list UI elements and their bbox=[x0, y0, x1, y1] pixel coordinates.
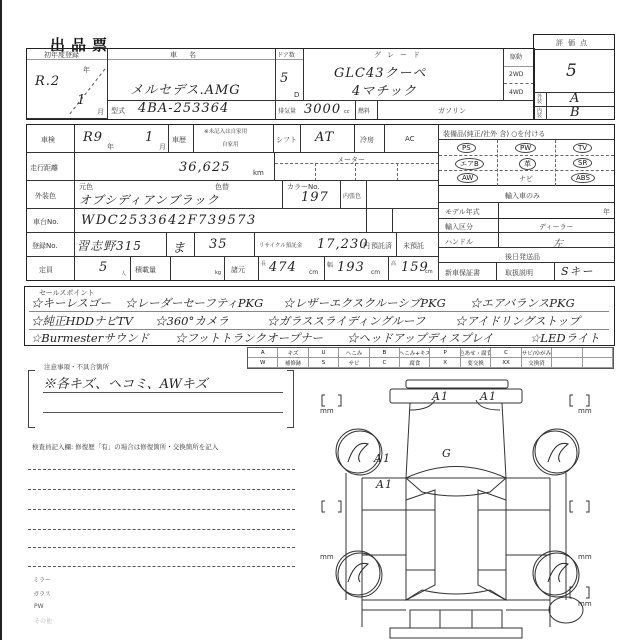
displacement-value: 3000 bbox=[304, 102, 341, 117]
equipment-aw: AW bbox=[457, 173, 478, 183]
recycle-value: 17,230 bbox=[317, 237, 369, 252]
legend-cell: 補修跡 bbox=[278, 358, 308, 368]
legend-cell: C bbox=[491, 348, 521, 358]
damage-legend: AキズUへこみBへこみ+キズP色あせ・腐食Cサビ/ゆがみW補修跡SサビC腐食X要… bbox=[247, 347, 614, 369]
car-name-value: メルセデス.AMG bbox=[130, 79, 241, 98]
chassis-cell: WDC2533642F739573 bbox=[75, 209, 367, 233]
shift-value: AT bbox=[315, 130, 334, 145]
equipment-airbag: エアB bbox=[455, 158, 484, 170]
interior-grade: B bbox=[570, 105, 581, 120]
car-name-cell: 車名 メルセデス.AMG bbox=[108, 49, 276, 101]
grade-cell: グレード GLC43クーペ 4マチック bbox=[304, 49, 504, 101]
registration-kana: ま bbox=[172, 237, 186, 256]
ac-value: AC bbox=[405, 135, 415, 143]
sales-points-block: セールスポイント ☆キーレスゴー ☆レーダーセーフティPKG ☆レザーエクスクル… bbox=[24, 286, 615, 346]
notes-box: ※各キズ、ヘコミ、AWキズ bbox=[28, 370, 294, 428]
legend-cell: B bbox=[370, 348, 400, 358]
damage-left-rear-door: A1 bbox=[376, 478, 393, 491]
handle-value: 左 bbox=[553, 235, 563, 248]
score-block: 評価点 5 外装 A 内装 B bbox=[533, 34, 615, 120]
damage-front-left: A1 bbox=[432, 390, 449, 403]
color-no-cell: カラーNo. 197 bbox=[283, 181, 341, 209]
legend-cell: A bbox=[248, 348, 278, 358]
first-registration-cell: 初年度登録 R.2 年 1 月 bbox=[27, 49, 108, 119]
header-block: 初年度登録 R.2 年 1 月 車名 メルセデス.AMG ドア数 5 D グレー… bbox=[26, 48, 535, 120]
exterior-grade: A bbox=[570, 91, 580, 106]
model-code-cell: 型式 4BA-253364 bbox=[108, 101, 276, 119]
keys-value: Sキー bbox=[561, 263, 594, 279]
inspector-notes-label: 検査員記入欄: 修復歴「有」の場合は修復箇所・交換箇所を記入 bbox=[32, 442, 218, 451]
legend-cell: サビ bbox=[339, 358, 369, 368]
legend-cell bbox=[552, 358, 582, 368]
grade-label: グレード bbox=[374, 50, 426, 60]
legend-cell: 交換済 bbox=[522, 358, 552, 368]
color-no-value: 197 bbox=[301, 190, 329, 205]
score-label: 評価点 bbox=[556, 38, 592, 48]
page-edge bbox=[0, 0, 2, 640]
equipment-ps: PS bbox=[457, 143, 476, 153]
inspection-cell: R9 年 1 月 bbox=[75, 125, 169, 153]
equipment-navi: ナビ bbox=[519, 174, 533, 184]
equipment-sr: SR bbox=[573, 158, 592, 168]
exterior-color-cell: 元色 色替 オブシディアンブラック bbox=[75, 181, 283, 209]
exterior-color-value: オブシディアンブラック bbox=[79, 191, 219, 208]
legend-cell bbox=[552, 348, 582, 358]
legend-cell: S bbox=[309, 358, 339, 368]
capacity-value: 5 bbox=[99, 260, 108, 275]
mileage-cell: 36,625 km bbox=[75, 153, 275, 181]
length-value: 474 bbox=[269, 260, 297, 275]
legend-cell: 腐食 bbox=[400, 358, 430, 368]
legend-cell: へこみ bbox=[339, 348, 369, 358]
registration-area-cell: 習志野315 bbox=[75, 233, 167, 257]
damage-left-front-door: A1 bbox=[374, 452, 391, 465]
details-block: 車検 R9 年 1 月 車歴 ※未記入は自家用 自家用 シフト AT 冷房 AC… bbox=[26, 124, 615, 281]
recycle-cell: リサイクル預託金 17,230 円 預託済 bbox=[255, 233, 397, 257]
equipment-tv: TV bbox=[573, 143, 592, 153]
legend-cell: X bbox=[430, 358, 460, 368]
legend-cell: XX bbox=[491, 358, 521, 368]
legend-cell: C bbox=[370, 358, 400, 368]
registration-number: 35 bbox=[209, 237, 228, 252]
import-type-value: ディーラー bbox=[539, 222, 573, 232]
legend-cell: キズ bbox=[278, 348, 308, 358]
equipment-header: 装備品(純正/社外 含) ○を付ける bbox=[439, 125, 614, 140]
legend-cell: P bbox=[430, 348, 460, 358]
equipment-abs: ABS bbox=[571, 173, 595, 183]
legend-cell bbox=[583, 358, 613, 368]
notes-value: ※各キズ、ヘコミ、AWキズ bbox=[43, 373, 208, 392]
registration-area: 習志野315 bbox=[77, 237, 142, 254]
damage-front-right: A1 bbox=[480, 390, 497, 403]
mileage-value: 36,625 bbox=[179, 160, 231, 175]
fuel-value: ガソリン bbox=[438, 106, 466, 116]
equipment-pw: PW bbox=[515, 143, 536, 153]
grade-line1: GLC43クーペ bbox=[334, 62, 427, 81]
legend-cell: U bbox=[309, 348, 339, 358]
inspection-year: R9 bbox=[83, 130, 103, 145]
legend-cell: 要交換 bbox=[461, 358, 491, 368]
diagonal-slash-icon bbox=[67, 67, 107, 117]
legend-cell: W bbox=[248, 358, 278, 368]
chassis-no-value: WDC2533642F739573 bbox=[81, 213, 257, 228]
model-code-value: 4BA-253364 bbox=[138, 101, 229, 116]
first-registration-year: R.2 bbox=[35, 74, 60, 89]
doors-cell: ドア数 5 D bbox=[276, 49, 304, 101]
equipment-grid: PS PW TV エアB 革 SR AW ナビ ABS bbox=[439, 140, 614, 186]
legend-cell bbox=[583, 348, 613, 358]
legend-cell: サビ/ゆがみ bbox=[522, 348, 552, 358]
fuel-label-cell: 燃料 bbox=[356, 101, 378, 119]
drive-cell: 駆動 2WD 4WD bbox=[504, 49, 534, 101]
legend-cell: へこみ+キズ bbox=[400, 348, 430, 358]
grade-line2: 4マチック bbox=[352, 80, 417, 99]
doors-value: 5 bbox=[280, 71, 289, 86]
meter-cell: メーター bbox=[275, 153, 439, 181]
score-value: 5 bbox=[566, 61, 578, 81]
damage-windshield: G bbox=[442, 447, 452, 460]
equipment-leather: 革 bbox=[519, 158, 536, 170]
width-value: 193 bbox=[337, 260, 365, 275]
fuel-value-cell: ガソリン bbox=[378, 101, 534, 119]
inspection-month: 1 bbox=[145, 130, 154, 145]
legend-cell: 色あせ・腐食 bbox=[461, 348, 491, 358]
displacement-cell: 排気量 3000 cc bbox=[276, 101, 356, 119]
